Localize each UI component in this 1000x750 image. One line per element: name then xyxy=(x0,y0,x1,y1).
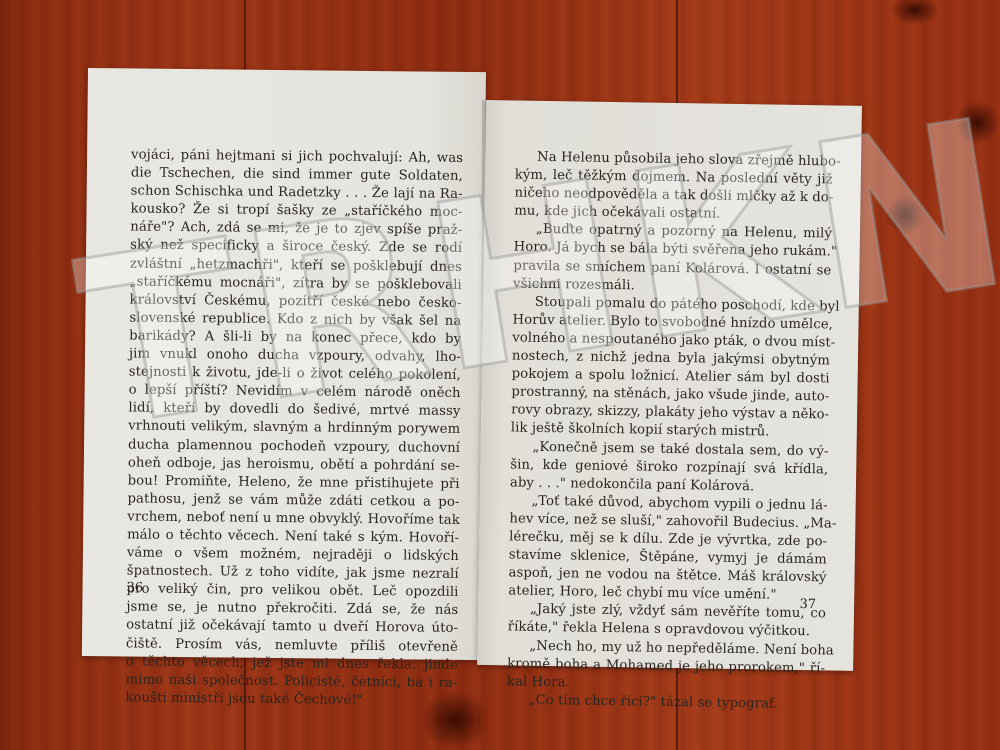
left-page: vojáci, páni hejtmani si jich pochvalují… xyxy=(82,68,486,660)
page-number-left: 36 xyxy=(126,580,143,595)
paragraph: Na Helenu působila jeho slova zřejmě hlu… xyxy=(514,148,833,225)
paragraph: Stoupali pomalu do pátého poschodí, kde … xyxy=(511,293,831,443)
text-line: koušti ministři jsou také Čechové!" xyxy=(125,689,457,711)
paragraph: „Co tím chce říci?" tázal se typograf. xyxy=(506,691,824,714)
page-number-right: 37 xyxy=(799,597,816,612)
right-page-text: Na Helenu působila jeho slova zřejmě hlu… xyxy=(506,148,833,714)
paragraph: „Toť také důvod, abychom vypili o jednu … xyxy=(508,492,828,606)
open-book: vojáci, páni hejtmani si jich pochvalují… xyxy=(0,0,1000,750)
left-page-text: vojáci, páni hejtmani si jich pochvalují… xyxy=(125,146,463,710)
paragraph: „Konečně jsem se také dostala sem, do vý… xyxy=(510,438,829,497)
paragraph: „Nech ho, my už ho nepředěláme. Není boh… xyxy=(507,637,826,696)
text-line: „Co tím chce říci?" tázal se typograf. xyxy=(506,691,824,714)
right-page: Na Helenu působila jeho slova zřejmě hlu… xyxy=(477,100,862,671)
paragraph: „Buďte opatrný a pozorný na Helenu, milý… xyxy=(513,221,832,298)
paragraph: „Jaký jste zlý, vždyť sám nevěříte tomu,… xyxy=(508,601,827,642)
